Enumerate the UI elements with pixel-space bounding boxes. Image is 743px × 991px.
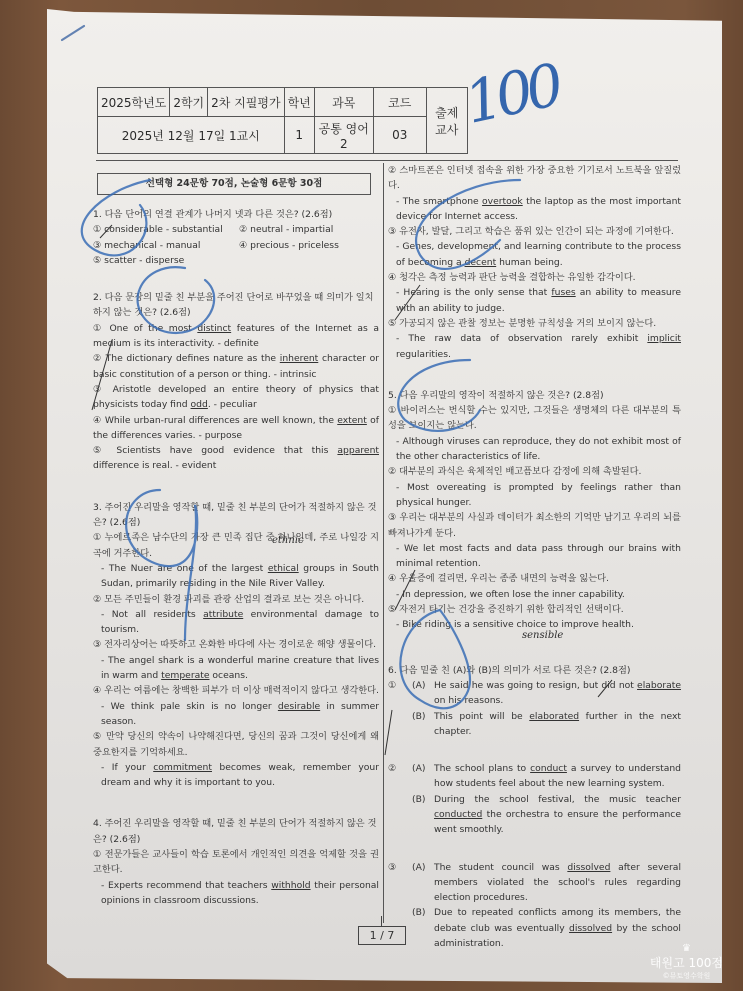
option-number: ① bbox=[388, 678, 412, 709]
author-label: 출제 교사 bbox=[426, 88, 467, 154]
option-english: - Experts recommend that teachers withho… bbox=[93, 878, 379, 909]
underlined-word: withhold bbox=[271, 880, 310, 891]
option-english: - The smartphone overtook the laptop as … bbox=[388, 194, 681, 225]
left-column: 선택형 24문항 70점, 논술형 6문항 30점 1. 다음 단어의 연결 관… bbox=[93, 168, 379, 908]
question-5: 5. 다음 우리말의 영작이 적절하지 않은 것은? (2.8점) ① 바이러스… bbox=[388, 388, 681, 633]
underlined-word: desirable bbox=[278, 701, 320, 712]
pair-sentence: Due to repeated conflicts among its memb… bbox=[434, 905, 681, 951]
option[interactable]: ③ mechanical - manual bbox=[93, 238, 233, 253]
page-number: 1 / 7 bbox=[358, 926, 406, 945]
pair-label: (B) bbox=[412, 905, 434, 951]
question-title: 1. 다음 단어의 연결 관계가 나머지 넷과 다른 것은? (2.6점) bbox=[93, 207, 379, 222]
option-english: - Although viruses can reproduce, they d… bbox=[388, 434, 681, 465]
underlined-word: inherent bbox=[280, 353, 319, 364]
option-english: - Hearing is the only sense that fuses a… bbox=[388, 285, 681, 316]
option-english: - In depression, we often lose the inner… bbox=[388, 587, 681, 602]
grade-label: 학년 bbox=[284, 88, 314, 117]
option-korean[interactable]: ⑤ 만약 당신의 약속이 나약해진다면, 당신의 꿈과 그것이 당신에게 왜 중… bbox=[93, 729, 379, 760]
underlined-word: apparent bbox=[337, 445, 379, 456]
underlined-word: temperate bbox=[161, 670, 209, 681]
question-title: 3. 주어진 우리말을 영작할 때, 밑줄 친 부분의 단어가 적절하지 않은 … bbox=[93, 500, 379, 531]
school-year: 2025학년도 bbox=[98, 88, 170, 117]
option-korean[interactable]: ④ 우리는 여름에는 창백한 피부가 더 이상 매력적이지 않다고 생각한다. bbox=[93, 683, 379, 698]
pair-sentence: During the school festival, the music te… bbox=[434, 792, 681, 838]
underlined-word: attribute bbox=[203, 609, 243, 620]
option[interactable]: ① considerable - substantial bbox=[93, 222, 233, 237]
pair-sentence: This point will be elaborated further in… bbox=[434, 709, 681, 740]
underlined-word: elaborated bbox=[529, 711, 579, 722]
option-pair-a: ③(A)The student council was dissolved af… bbox=[388, 860, 681, 906]
question-title: 6. 다음 밑줄 친 (A)와 (B)의 의미가 서로 다른 것은? (2.8점… bbox=[388, 663, 681, 678]
option-korean[interactable]: ② 스마트폰은 인터넷 접속을 위한 가장 중요한 기기로서 노트북을 앞질렀다… bbox=[388, 163, 681, 194]
question-4: 4. 주어진 우리말을 영작할 때, 밑줄 친 부분의 단어가 적절하지 않은 … bbox=[93, 816, 379, 908]
option-pair-b: (B)This point will be elaborated further… bbox=[388, 709, 681, 740]
code-label: 코드 bbox=[373, 88, 426, 117]
handwritten-note-ethnic: ethnic bbox=[272, 535, 304, 546]
option-number: ② bbox=[388, 761, 412, 792]
pair-label: (A) bbox=[412, 761, 434, 792]
pair-sentence: The student council was dissolved after … bbox=[434, 860, 681, 906]
option-english: - Genes, development, and learning contr… bbox=[388, 239, 681, 270]
option[interactable]: ① One of the most distinct features of t… bbox=[93, 321, 379, 352]
option-number bbox=[388, 709, 412, 740]
option[interactable]: ⑤ scatter - disperse bbox=[93, 253, 233, 268]
semester: 2학기 bbox=[170, 88, 208, 117]
option-korean[interactable]: ① 누에르족은 남수단의 가장 큰 민족 집단 중 하나인데, 주로 나일강 지… bbox=[93, 530, 379, 561]
column-divider bbox=[383, 163, 384, 923]
option-korean[interactable]: ③ 우리는 대부분의 사실과 데이터가 최소한의 기억만 남기고 우리의 뇌를 … bbox=[388, 510, 681, 541]
watermark-title: 태원고 100점 bbox=[650, 954, 723, 971]
option-english: - Most overeating is prompted by feeling… bbox=[388, 480, 681, 511]
subject-label: 과목 bbox=[314, 88, 373, 117]
option[interactable]: ④ precious - priceless bbox=[239, 238, 379, 253]
underlined-word: overtook bbox=[482, 196, 523, 207]
option-korean[interactable]: ③ 유전자, 발달, 그리고 학습은 품위 있는 인간이 되는 과정에 기여한다… bbox=[388, 224, 681, 239]
option-korean[interactable]: ⑤ 자전거 타기는 건강을 증진하기 위한 합리적인 선택이다. bbox=[388, 602, 681, 617]
subject-value: 공통 영어2 bbox=[314, 117, 373, 154]
handwritten-note-sensible: sensible bbox=[522, 630, 563, 641]
option-english: - If your commitment becomes weak, remem… bbox=[93, 760, 379, 791]
option[interactable]: ② The dictionary defines nature as the i… bbox=[93, 351, 379, 382]
pair-sentence: The school plans to conduct a survey to … bbox=[434, 761, 681, 792]
underlined-word: odd bbox=[191, 399, 208, 410]
option-korean[interactable]: ① 전문가들은 교사들이 학습 토론에서 개인적인 의견을 억제할 것을 권고한… bbox=[93, 847, 379, 878]
underlined-word: implicit bbox=[647, 333, 681, 344]
option-pair-a: ①(A)He said he was going to resign, but … bbox=[388, 678, 681, 709]
pair-label: (A) bbox=[412, 678, 434, 709]
option-english: - Not all residents attribute environmen… bbox=[93, 607, 379, 638]
pair-sentence: He said he was going to resign, but did … bbox=[434, 678, 681, 709]
option-korean[interactable]: ② 대부분의 과식은 육체적인 배고픔보다 감정에 의해 촉발된다. bbox=[388, 464, 681, 479]
watermark-credit: ©뮤토영수학원 bbox=[650, 971, 723, 981]
question-title: 5. 다음 우리말의 영작이 적절하지 않은 것은? (2.8점) bbox=[388, 388, 681, 403]
pair-label: (B) bbox=[412, 709, 434, 740]
underlined-word: extent bbox=[337, 415, 367, 426]
option-english: - The Nuer are one of the largest ethica… bbox=[93, 561, 379, 592]
page-number-tick bbox=[381, 916, 382, 926]
option-korean[interactable]: ② 모든 주민들이 환경 파괴를 관광 산업의 결과로 보는 것은 아니다. bbox=[93, 592, 379, 607]
underlined-word: elaborate bbox=[637, 680, 681, 691]
option[interactable]: ② neutral - impartial bbox=[239, 222, 379, 237]
underlined-word: conducted bbox=[434, 809, 482, 820]
question-2: 2. 다음 문장의 밑줄 친 부분을 주어진 단어로 바꾸었을 때 의미가 일치… bbox=[93, 290, 379, 474]
option-pair-a: ②(A)The school plans to conduct a survey… bbox=[388, 761, 681, 792]
option-english: - We think pale skin is no longer desira… bbox=[93, 699, 379, 730]
option-number: ③ bbox=[388, 860, 412, 906]
option-korean[interactable]: ③ 전자리상어는 따뜻하고 온화한 바다에 사는 경이로운 해양 생물이다. bbox=[93, 637, 379, 652]
underlined-word: dissolved bbox=[567, 862, 610, 873]
crown-icon: ♛ bbox=[650, 943, 723, 954]
question-3: 3. 주어진 우리말을 영작할 때, 밑줄 친 부분의 단어가 적절하지 않은 … bbox=[93, 500, 379, 791]
option-english: - We let most facts and data pass throug… bbox=[388, 541, 681, 572]
option-korean[interactable]: ④ 청각은 측정 능력과 판단 능력을 결합하는 유일한 감각이다. bbox=[388, 270, 681, 285]
right-column: ② 스마트폰은 인터넷 접속을 위한 가장 중요한 기기로서 노트북을 앞질렀다… bbox=[388, 163, 681, 951]
option-english: - The raw data of observation rarely exh… bbox=[388, 331, 681, 362]
option-korean[interactable]: ① 바이러스는 번식할 수는 있지만, 그것들은 생명체의 다른 대부분의 특성… bbox=[388, 403, 681, 434]
pair-label: (A) bbox=[412, 860, 434, 906]
question-title: 2. 다음 문장의 밑줄 친 부분을 주어진 단어로 바꾸었을 때 의미가 일치… bbox=[93, 290, 379, 321]
question-1: 1. 다음 단어의 연결 관계가 나머지 넷과 다른 것은? (2.6점) ① … bbox=[93, 207, 379, 268]
question-6: 6. 다음 밑줄 친 (A)와 (B)의 의미가 서로 다른 것은? (2.8점… bbox=[388, 663, 681, 952]
exam-header-table: 2025학년도 2학기 2차 지필평가 학년 과목 코드 출제 교사 2025년… bbox=[97, 87, 468, 154]
code-value: 03 bbox=[373, 117, 426, 154]
option[interactable]: ⑤ Scientists have good evidence that thi… bbox=[93, 443, 379, 474]
option[interactable]: ②(A)The school plans to conduct a survey… bbox=[388, 761, 681, 837]
option[interactable]: ①(A)He said he was going to resign, but … bbox=[388, 678, 681, 739]
option-pair-b: (B)During the school festival, the music… bbox=[388, 792, 681, 838]
underlined-word: dissolved bbox=[569, 923, 612, 934]
question-title: 4. 주어진 우리말을 영작할 때, 밑줄 친 부분의 단어가 적절하지 않은 … bbox=[93, 816, 379, 847]
option-korean[interactable]: ④ 우울증에 걸리면, 우리는 종종 내면의 능력을 잃는다. bbox=[388, 571, 681, 586]
exam-type: 2차 지필평가 bbox=[208, 88, 284, 117]
underlined-word: decent bbox=[465, 257, 497, 268]
option[interactable]: ③ Aristotle developed an entire theory o… bbox=[93, 382, 379, 413]
option[interactable]: ③(A)The student council was dissolved af… bbox=[388, 860, 681, 952]
section-banner: 선택형 24문항 70점, 논술형 6문항 30점 bbox=[97, 173, 371, 195]
pair-label: (B) bbox=[412, 792, 434, 838]
option[interactable]: ④ While urban-rural differences are well… bbox=[93, 413, 379, 444]
option-english: - The angel shark is a wonderful marine … bbox=[93, 653, 379, 684]
option-korean[interactable]: ⑤ 가공되지 않은 관찰 정보는 분명한 규칙성을 거의 보이지 않는다. bbox=[388, 316, 681, 331]
underlined-word: commitment bbox=[153, 762, 212, 773]
exam-date: 2025년 12월 17일 1교시 bbox=[98, 117, 285, 154]
watermark: ♛ 태원고 100점 ©뮤토영수학원 bbox=[650, 943, 723, 981]
option-pair-b: (B)Due to repeated conflicts among its m… bbox=[388, 905, 681, 951]
underlined-word: distinct bbox=[197, 323, 231, 334]
option-number bbox=[388, 792, 412, 838]
underlined-word: conduct bbox=[530, 763, 567, 774]
underlined-word: ethical bbox=[268, 563, 299, 574]
underlined-word: fuses bbox=[551, 287, 575, 298]
grade-value: 1 bbox=[284, 117, 314, 154]
header-divider bbox=[96, 160, 678, 161]
